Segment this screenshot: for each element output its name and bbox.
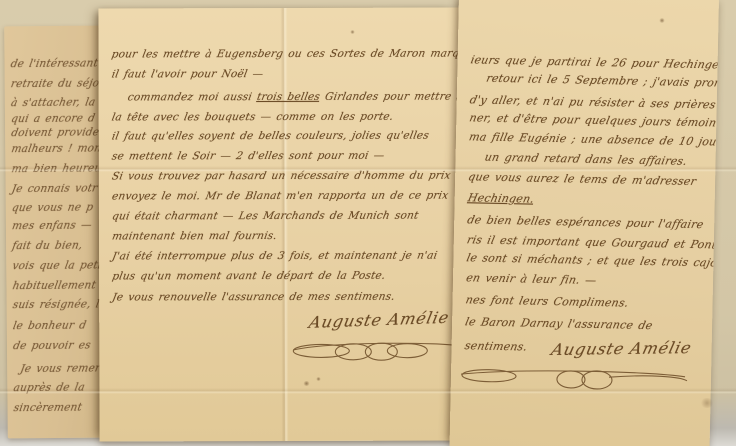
paper-stain	[350, 30, 355, 34]
letter-line: envoyez le moi. Mr de Blanat m'en rappor…	[111, 190, 449, 203]
letter-line: le sont si méchants ; et que les trois c…	[465, 251, 719, 269]
letter-page-right: ieurs que je partirai le 26 pour Heching…	[450, 0, 719, 446]
letter-line: mes enfans —	[11, 220, 93, 233]
letter-line: malheurs ! mon	[10, 143, 102, 156]
horizontal-crease	[0, 166, 736, 172]
letter-line: ieurs que je partirai le 26 pour Heching…	[469, 53, 718, 71]
paper-stain	[659, 18, 665, 23]
paper-stain	[316, 377, 321, 381]
letter-line: à s'attacher, la	[10, 97, 96, 110]
signature: Auguste Amélie	[307, 308, 451, 332]
letter-line: plus qu'un moment avant le départ de la …	[111, 270, 386, 283]
letter-line: suis résignée, l	[12, 299, 101, 312]
letter-line: il faut l'avoir pour Noël —	[111, 68, 265, 80]
letter-line: doivent provide	[10, 127, 100, 140]
signature-flourish	[289, 334, 460, 366]
letter-line: que vous aurez le tems de m'adresser	[467, 170, 697, 188]
letter-line: de l'intéressant	[10, 58, 99, 71]
letter-line: de pouvoir es	[12, 340, 92, 353]
letter-line: Je connais votr	[11, 183, 99, 196]
letter-line: pour les mettre à Eugensberg ou ces Sort…	[111, 47, 461, 60]
letter-photograph: de l'intéressant retraite du séjou à s'a…	[0, 0, 736, 446]
signature: Auguste Amélie	[549, 338, 693, 359]
letter-line: d'y aller, et n'ai pu résister à ses pri…	[469, 93, 717, 111]
letter-line: ris il est important que Gourgaud et Pon…	[466, 233, 719, 251]
letter-line: de bien belles espérances pour l'affaire	[466, 213, 705, 231]
letter-line: le bonheur d	[12, 320, 87, 333]
letter-line: habituellement	[12, 280, 97, 293]
letter-page-center: pour les mettre à Eugensberg ou ces Sort…	[98, 8, 460, 442]
horizontal-crease	[0, 388, 736, 394]
letter-line: qui a encore d	[10, 113, 96, 126]
letter-line: Je vous remer	[19, 363, 101, 376]
paper-stain	[303, 381, 310, 386]
letter-line: nes font leurs Complimens.	[464, 293, 629, 309]
paper-stain	[700, 398, 714, 408]
letter-line-fragment: Girlandes pour mettre Sur	[319, 90, 461, 102]
letter-line: retour ici le 5 Septembre ; j'avais prom…	[485, 72, 719, 90]
letter-line: Hechingen.	[467, 191, 536, 205]
letter-line: qui était charmant — Les Marchands de Mu…	[111, 210, 420, 223]
letter-line: commandez moi aussi trois belles Girland…	[127, 90, 461, 103]
letter-line: la tête avec les bouquets — comme on les…	[111, 111, 395, 124]
underlined-words: trois belles	[256, 91, 321, 103]
letter-line: se mettent le Soir — 2 d'elles sont pour…	[111, 150, 386, 163]
letter-page-left: de l'intéressant retraite du séjou à s'a…	[4, 26, 104, 439]
letter-line: ner, et d'être pour quelques jours témoi…	[468, 111, 717, 129]
letter-line: en venir à leur fin. —	[465, 271, 598, 287]
letter-line: J'ai été interrompue plus de 3 fois, et …	[111, 250, 438, 263]
letter-line: ma fille Eugénie ; une absence de 10 jou…	[468, 130, 719, 148]
letter-line: le Baron Darnay l'assurance de	[464, 315, 654, 332]
letter-line: retraite du séjou	[10, 78, 104, 91]
letter-line: Je vous renouvelle l'assurance de mes se…	[111, 291, 396, 304]
letter-line: maintenant bien mal fournis.	[111, 230, 278, 242]
letter-line-fragment: commandez moi aussi	[127, 91, 259, 103]
letter-line: fait du bien,	[11, 240, 83, 253]
letter-line: que vous ne p	[11, 202, 94, 215]
letter-line: il faut qu'elles soyent de belles couleu…	[111, 130, 430, 143]
letter-line: sincèrement	[13, 402, 83, 415]
letter-line: sentimens.	[463, 339, 528, 353]
letter-line: vois que la petit	[11, 260, 103, 273]
vertical-crease	[280, 8, 288, 441]
